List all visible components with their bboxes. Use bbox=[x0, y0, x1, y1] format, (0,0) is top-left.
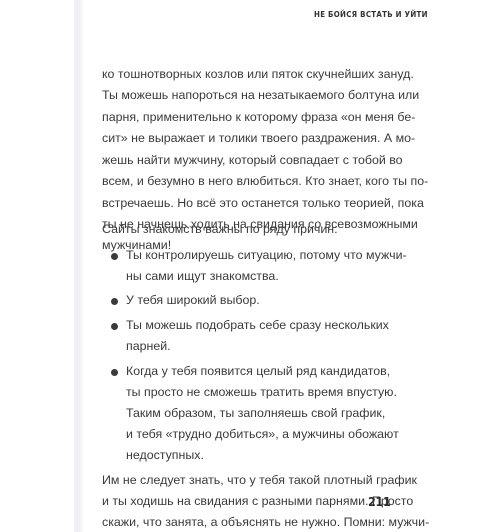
page-number: 211 bbox=[368, 494, 391, 509]
text-line: жешь найти мужчину, который совпадает с … bbox=[102, 153, 381, 168]
list-item-line: ны сами ищут знакомства. bbox=[126, 269, 381, 284]
text-line: скажи, что занята, а объяснять не нужно.… bbox=[102, 515, 381, 530]
bullet-icon bbox=[111, 323, 118, 330]
list-item-line: Когда у тебя появится целый ряд кандидат… bbox=[126, 364, 381, 379]
text-line: встречаешь. Но всё это останется только … bbox=[102, 196, 381, 211]
bullet-icon bbox=[111, 298, 118, 305]
list-item-line: Ты контролируешь ситуацию, потому что му… bbox=[126, 248, 381, 263]
list-item-line: ты просто не сможешь тратить время впуст… bbox=[126, 385, 381, 400]
text-line: Ты можешь напороться на незатыкаемого бо… bbox=[102, 88, 381, 103]
list-intro: Сайты знакомств важны по ряду причин: bbox=[102, 222, 381, 237]
list-item-line: У тебя широкий выбор. bbox=[126, 293, 381, 308]
text-line: сит» не выражает и толики твоего раздраж… bbox=[102, 131, 381, 146]
text-line: парня, применительно к которому фраза «о… bbox=[102, 110, 381, 125]
text-line: всем, и безумно в него влюбиться. Кто зн… bbox=[102, 174, 381, 189]
list-item-line: и тебя «трудно добиться», а мужчины обож… bbox=[126, 427, 381, 442]
text-line: ко тошнотворных козлов или пяток скучней… bbox=[102, 67, 381, 82]
list-item-line: Таким образом, ты заполняешь свой график… bbox=[126, 406, 381, 421]
list-item-line: недоступных. bbox=[126, 448, 381, 463]
page-gutter-shadow bbox=[74, 0, 84, 532]
running-head: НЕ БОЙСЯ ВСТАТЬ И УЙТИ bbox=[314, 9, 394, 19]
text-line: и ты ходишь на свидания с разными парням… bbox=[102, 494, 381, 509]
text-line: Им не следует знать, что у тебя такой пл… bbox=[102, 473, 381, 488]
list-item-line: Ты можешь подобрать себе сразу нескольки… bbox=[126, 318, 381, 333]
bullet-icon bbox=[111, 253, 118, 260]
bullet-icon bbox=[111, 369, 118, 376]
list-item-line: парней. bbox=[126, 339, 381, 354]
